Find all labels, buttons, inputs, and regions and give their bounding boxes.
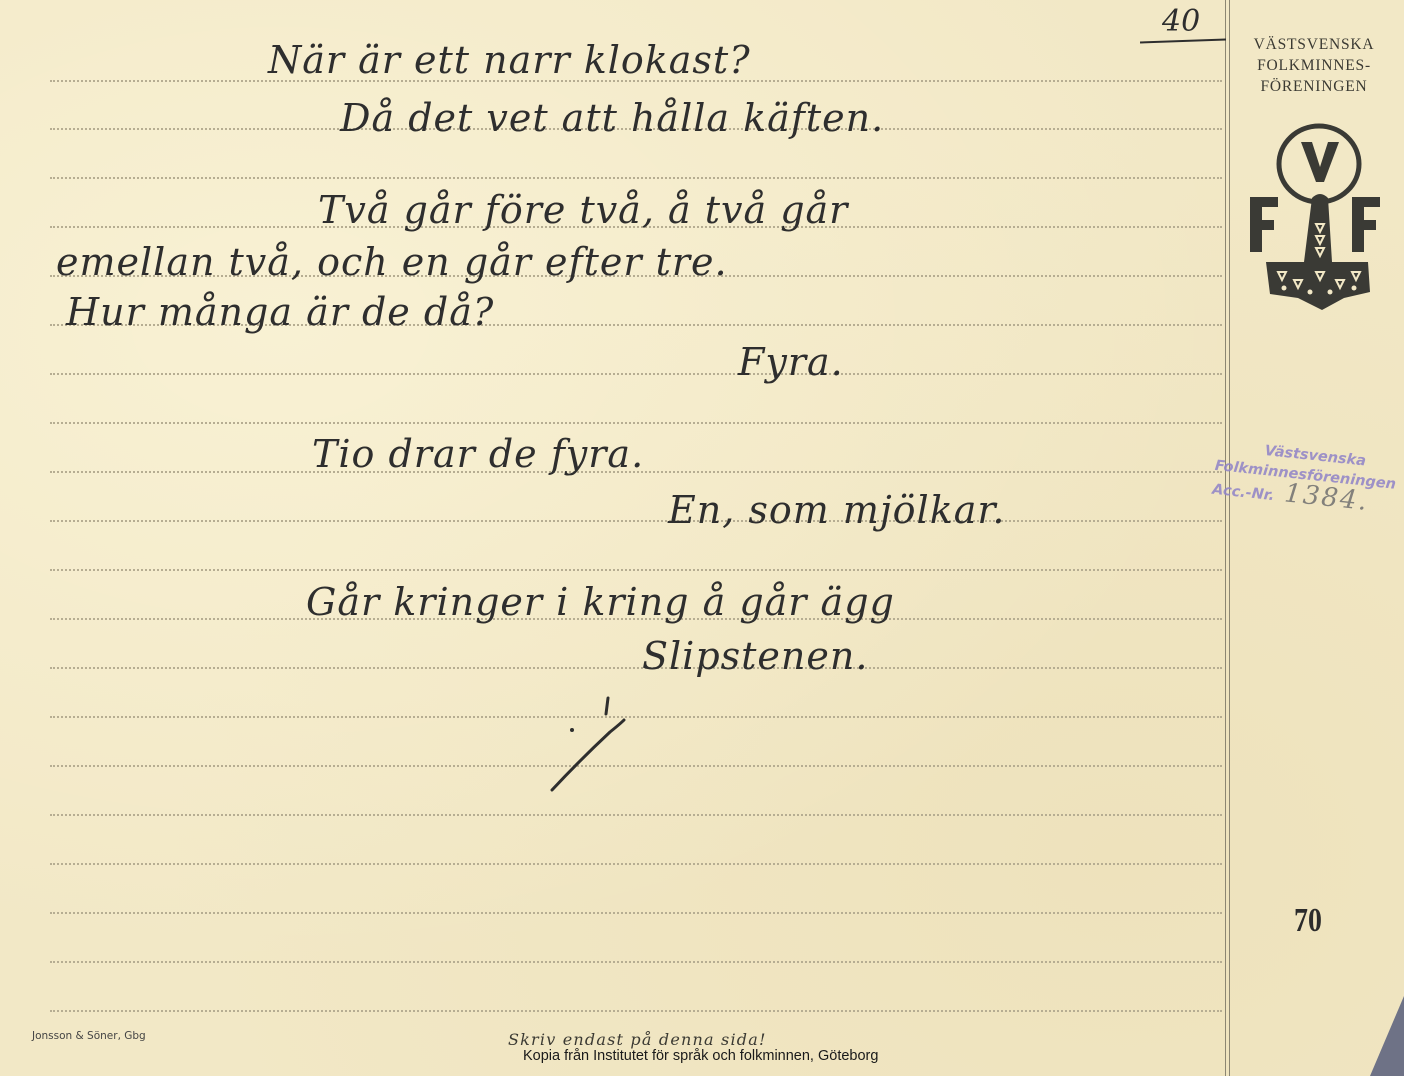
torn-corner <box>1370 996 1404 1076</box>
margin-line-left <box>1225 0 1226 1076</box>
instruction-text: Skriv endast på denna sida! <box>508 1030 767 1049</box>
paper-background <box>0 0 1404 1076</box>
riddle4-question: Går kringer i kring å går ägg <box>306 580 895 624</box>
ruled-line <box>50 863 1222 865</box>
riddle2-line1: Två går före två, å två går <box>318 188 848 232</box>
sheet-number: 70 <box>1294 902 1322 940</box>
riddle2-line3: Hur många är de då? <box>66 290 494 334</box>
ruled-line <box>50 373 1222 375</box>
ruled-line <box>50 422 1222 424</box>
riddle2-answer: Fyra. <box>738 340 844 384</box>
riddle3-answer: En, som mjölkar. <box>668 488 1005 532</box>
ruled-line <box>50 765 1222 767</box>
org-name-line2: FOLKMINNES- <box>1236 55 1392 76</box>
accession-number: 1384. <box>1284 483 1370 512</box>
ruled-line <box>50 961 1222 963</box>
riddle4-answer: Slipstenen. <box>642 634 868 678</box>
pen-stroke-mark <box>540 690 630 800</box>
ruled-line <box>50 1010 1222 1012</box>
org-name-line3: FÖRENINGEN <box>1236 76 1392 97</box>
ruled-line <box>50 177 1222 179</box>
ruled-line <box>50 912 1222 914</box>
thors-hammer-icon <box>1244 112 1394 322</box>
handwritten-page-ref: 40 <box>1162 4 1200 39</box>
organization-name: VÄSTSVENSKA FOLKMINNES- FÖRENINGEN <box>1236 34 1392 97</box>
archive-credit: Kopia från Institutet för språk och folk… <box>523 1048 878 1064</box>
riddle1-question: När är ett narr klokast? <box>268 38 751 82</box>
ruled-line <box>50 520 1222 522</box>
riddle1-answer: Då det vet att hålla käften. <box>340 96 884 140</box>
ruled-line <box>50 569 1222 571</box>
org-name-line1: VÄSTSVENSKA <box>1236 34 1392 55</box>
ruled-line <box>50 667 1222 669</box>
riddle2-line2: emellan två, och en går efter tre. <box>56 240 728 284</box>
riddle3-question: Tio drar de fyra. <box>312 432 644 476</box>
ruled-line <box>50 814 1222 816</box>
ruled-line <box>50 716 1222 718</box>
printer-credit: Jonsson & Söner, Gbg <box>32 1030 146 1042</box>
margin-line-right <box>1229 0 1230 1076</box>
